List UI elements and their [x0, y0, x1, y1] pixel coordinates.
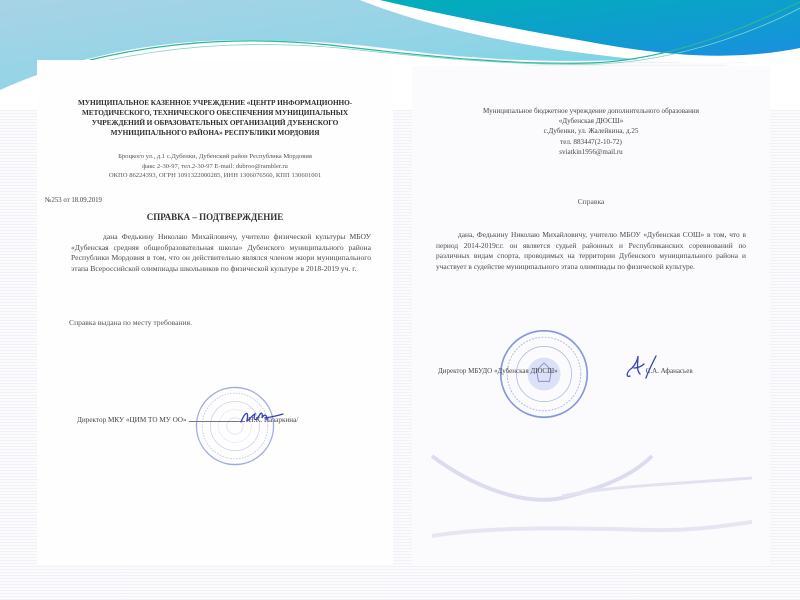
left-org-header: МУНИЦИПАЛЬНОЕ КАЗЕННОЕ УЧРЕЖДЕНИЕ «ЦЕНТР…: [37, 98, 393, 138]
document-title: СПРАВКА – ПОДТВЕРЖДЕНИЕ: [37, 212, 393, 222]
left-document-scan: МУНИЦИПАЛЬНОЕ КАЗЕННОЕ УЧРЕЖДЕНИЕ «ЦЕНТР…: [37, 60, 393, 565]
faint-bleedthrough-marks: [412, 426, 770, 566]
header-line: с.Дубенки, ул. Жалейкина, д.25: [412, 126, 770, 136]
right-org-header: Муниципальное бюджетное учреждение допол…: [412, 106, 770, 157]
header-line: Муниципальное бюджетное учреждение допол…: [412, 106, 770, 116]
document-title: Справка: [412, 197, 770, 206]
header-line: МУНИЦИПАЛЬНОГО РАЙОНА» РЕСПУБЛИКИ МОРДОВ…: [37, 128, 393, 138]
header-line: тел. 883447(2-10-72): [412, 137, 770, 147]
header-line: МЕТОДИЧЕСКОГО, ТЕХНИЧЕСКОГО ОБЕСПЕЧЕНИЯ …: [37, 108, 393, 118]
header-line: МУНИЦИПАЛЬНОЕ КАЗЕННОЕ УЧРЕЖДЕНИЕ «ЦЕНТР…: [37, 98, 393, 108]
signature-position: Директор МБУДО «Дубенская ДЮСШ»: [438, 367, 558, 375]
header-line: «Дубенская ДЮСШ»: [412, 116, 770, 126]
address-line: ОКПО 86224393, ОГРН 1091322000285, ИНН 1…: [37, 171, 393, 181]
requirement-note: Справка выдана по месту требования.: [69, 318, 192, 327]
document-number: №253 от 18.09.2019: [45, 197, 102, 204]
right-document-scan: Муниципальное бюджетное учреждение допол…: [412, 66, 770, 566]
address-line: факс 2-30-97, тел.2-30-97 E-mail: dubroo…: [37, 162, 393, 172]
address-line: Броцкого ул., д.1 с.Дубенки, Дубенский р…: [37, 152, 393, 162]
handwritten-signature-icon: [237, 408, 285, 428]
document-body: дана Федькину Николаю Михайловичу, учите…: [71, 232, 371, 274]
document-body: дана, Федькину Николаю Михайловичу, учит…: [436, 230, 746, 272]
header-line: УЧРЕЖДЕНИЙ И ОБРАЗОВАТЕЛЬНЫХ ОРГАНИЗАЦИЙ…: [37, 118, 393, 128]
header-line: sviatkin1956@mail.ru: [412, 147, 770, 157]
left-org-address: Броцкого ул., д.1 с.Дубенки, Дубенский р…: [37, 152, 393, 181]
handwritten-signature-icon: [624, 352, 658, 382]
signature-position: Директор МКУ «ЦИМ ТО МУ ОО»: [77, 416, 187, 424]
